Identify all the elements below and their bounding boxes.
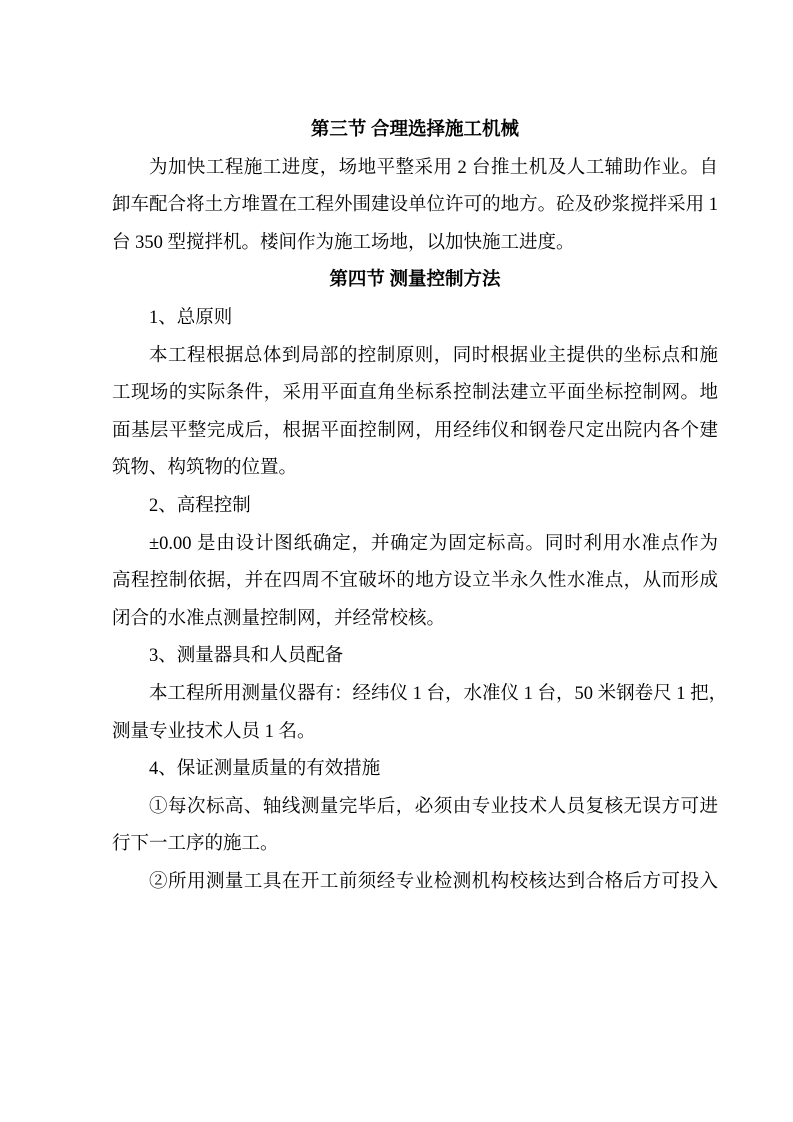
- section-heading-4: 第四节 测量控制方法: [112, 262, 718, 300]
- subsection-title-3: 3、测量器具和人员配备: [112, 638, 718, 676]
- paragraph-line: 高程控制依据，并在四周不宜破坏的地方设立半永久性水准点，从而形成: [112, 563, 718, 601]
- paragraph-line: 卸车配合将土方堆置在工程外围建设单位许可的地方。砼及砂浆搅拌采用 1: [112, 187, 718, 225]
- paragraph: 本工程所用测量仪器有：经纬仪 1 台，水准仪 1 台，50 米钢卷尺 1 把， …: [112, 676, 718, 751]
- paragraph-line: 测量专业技术人员 1 名。: [112, 714, 718, 752]
- paragraph: ①每次标高、轴线测量完毕后，必须由专业技术人员复核无误方可进 行下一工序的施工。: [112, 789, 718, 864]
- paragraph: 本工程根据总体到局部的控制原则，同时根据业主提供的坐标点和施 工现场的实际条件，…: [112, 338, 718, 488]
- paragraph: ②所用测量工具在开工前须经专业检测机构校核达到合格后方可投入: [112, 864, 718, 902]
- subsection-title-2: 2、高程控制: [112, 488, 718, 526]
- paragraph-line: ①每次标高、轴线测量完毕后，必须由专业技术人员复核无误方可进: [112, 789, 718, 827]
- subsection-title-1: 1、总原则: [112, 300, 718, 338]
- paragraph-line: 筑物、构筑物的位置。: [112, 450, 718, 488]
- paragraph-line: 本工程根据总体到局部的控制原则，同时根据业主提供的坐标点和施: [112, 338, 718, 376]
- paragraph-line: ②所用测量工具在开工前须经专业检测机构校核达到合格后方可投入: [112, 864, 718, 902]
- paragraph-line: 行下一工序的施工。: [112, 826, 718, 864]
- paragraph-line: 台 350 型搅拌机。楼间作为施工场地，以加快施工进度。: [112, 225, 718, 263]
- subsection-title-4: 4、保证测量质量的有效措施: [112, 751, 718, 789]
- paragraph: 为加快工程施工进度，场地平整采用 2 台推土机及人工辅助作业。自 卸车配合将土方…: [112, 150, 718, 263]
- paragraph-line: 本工程所用测量仪器有：经纬仪 1 台，水准仪 1 台，50 米钢卷尺 1 把，: [112, 676, 718, 714]
- paragraph-line: 为加快工程施工进度，场地平整采用 2 台推土机及人工辅助作业。自: [112, 150, 718, 188]
- paragraph-line: 工现场的实际条件，采用平面直角坐标系控制法建立平面坐标控制网。地: [112, 375, 718, 413]
- section-heading-3: 第三节 合理选择施工机械: [112, 112, 718, 150]
- document-page: 第三节 合理选择施工机械 为加快工程施工进度，场地平整采用 2 台推土机及人工辅…: [112, 112, 718, 901]
- paragraph-line: 面基层平整完成后，根据平面控制网，用经纬仪和钢卷尺定出院内各个建: [112, 413, 718, 451]
- paragraph-line: ±0.00 是由设计图纸确定，并确定为固定标高。同时利用水准点作为: [112, 526, 718, 564]
- paragraph: ±0.00 是由设计图纸确定，并确定为固定标高。同时利用水准点作为 高程控制依据…: [112, 526, 718, 639]
- paragraph-line: 闭合的水准点测量控制网，并经常校核。: [112, 601, 718, 639]
